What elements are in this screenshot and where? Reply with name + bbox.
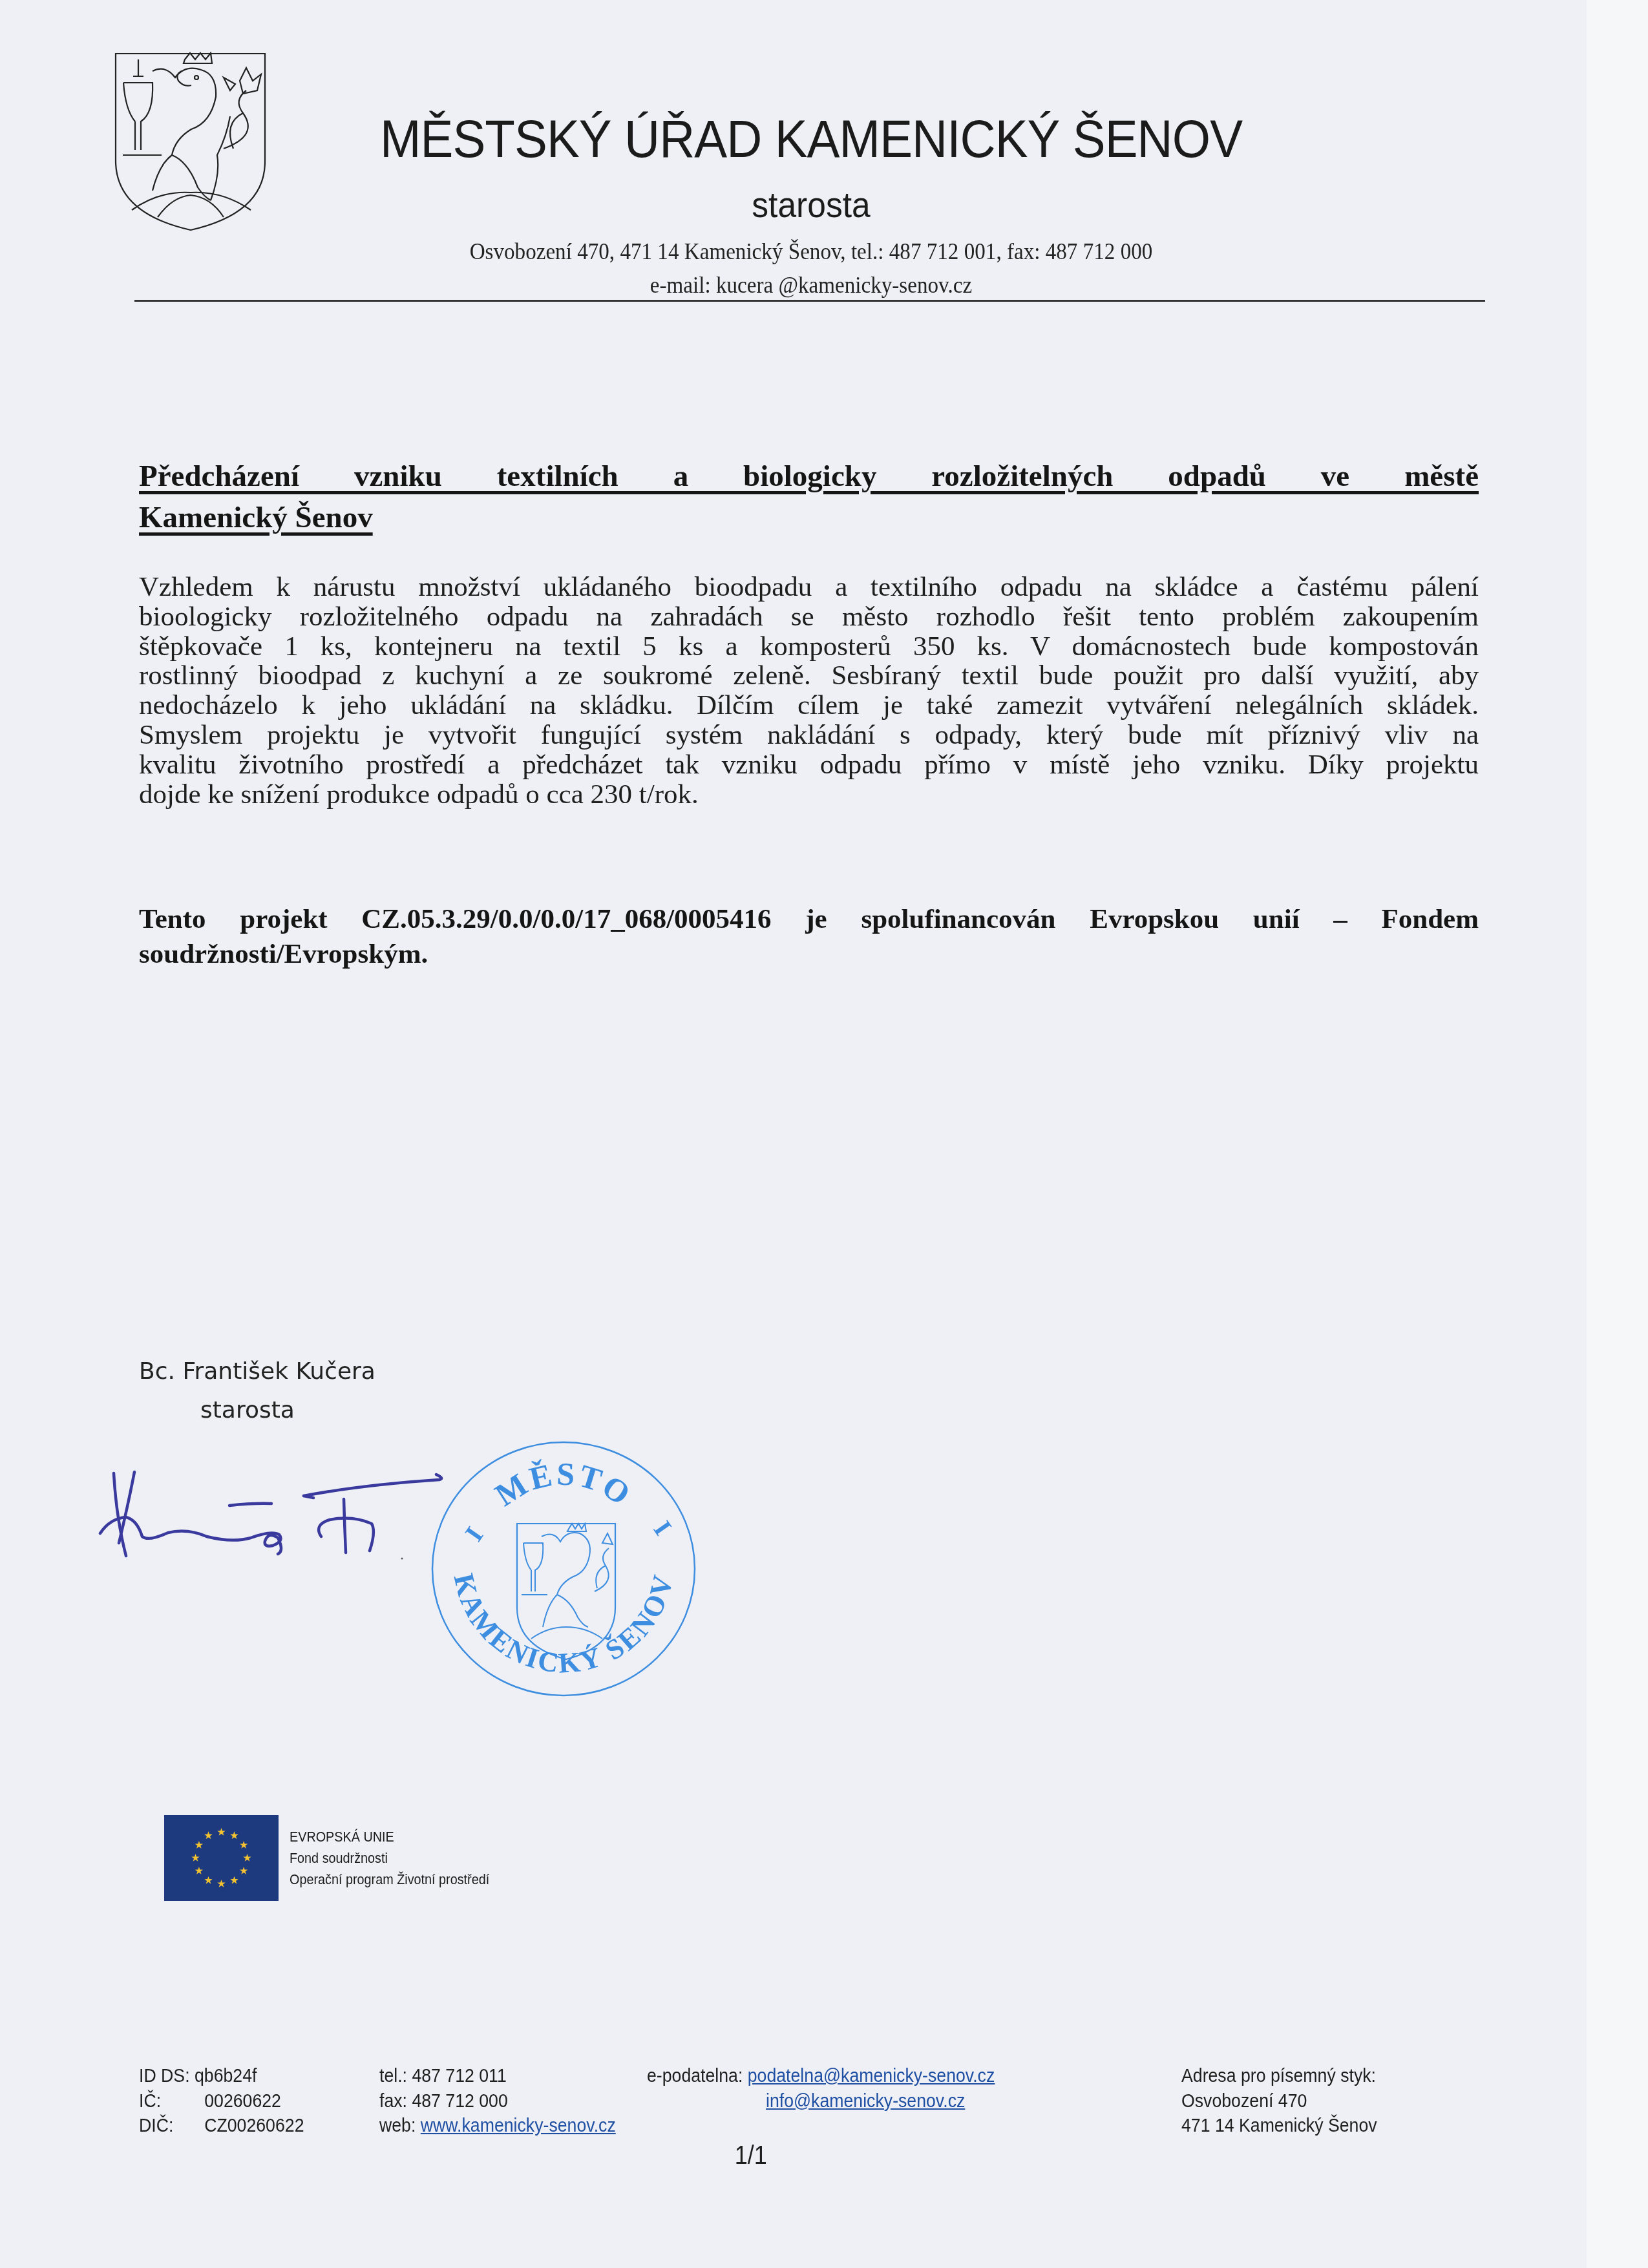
postal-street: Osvobození 470 <box>1181 2089 1377 2114</box>
document-heading: Předcházení vzniku textilních a biologic… <box>139 456 1479 538</box>
stamp-top-text: MĚSTO <box>489 1456 639 1514</box>
official-stamp: MĚSTO KAMENICKÝ ŠENOV I I <box>428 1433 699 1705</box>
footer-emails: e-podatelna: podatelna@kamenicky-senov.c… <box>647 2064 995 2114</box>
footer-contacts: tel.: 487 712 011 fax: 487 712 000 web: … <box>379 2064 616 2139</box>
footer-postal-address: Adresa pro písemný styk: Osvobození 470 … <box>1181 2064 1377 2139</box>
svg-text:MĚSTO: MĚSTO <box>489 1456 639 1514</box>
ic-label: IČ: <box>139 2089 204 2114</box>
office-title: MĚSTSKÝ ÚŘAD KAMENICKÝ ŠENOV <box>357 107 1265 172</box>
eu-logo-text: EVROPSKÁ UNIE Fond soudržnosti Operační … <box>290 1826 489 1890</box>
funding-line-1: Tento projekt CZ.05.3.29/0.0/0.0/17_068/… <box>139 902 1479 937</box>
postal-city: 471 14 Kamenický Šenov <box>1181 2114 1377 2139</box>
eu-line-3: Operační program Životní prostředí <box>290 1869 489 1890</box>
body-line: kvalitu životního prostředí a předcházet… <box>139 750 1479 780</box>
postal-label: Adresa pro písemný styk: <box>1181 2064 1377 2089</box>
body-line: Vzhledem k nárustu množství ukládaného b… <box>139 572 1479 602</box>
ic-value: 00260622 <box>204 2091 281 2112</box>
page-number: 1/1 <box>735 2140 767 2171</box>
handwritten-signature <box>90 1460 452 1590</box>
body-line: bioologicky rozložitelného odpadu na zah… <box>139 602 1479 632</box>
office-address: Osvobození 470, 471 14 Kamenický Šenov, … <box>243 236 1379 266</box>
office-subtitle: starosta <box>362 182 1260 227</box>
header-divider <box>134 300 1485 302</box>
heading-line-2: Kamenický Šenov <box>139 497 1479 538</box>
svg-text:KAMENICKÝ ŠENOV: KAMENICKÝ ŠENOV <box>448 1570 680 1679</box>
epodatelna-label: e-podatelna: <box>647 2066 743 2086</box>
info-email-link[interactable]: info@kamenicky-senov.cz <box>766 2091 965 2112</box>
coat-of-arms-lion-icon <box>114 52 268 231</box>
web-label: web: <box>379 2116 416 2136</box>
signatory-role: starosta <box>200 1394 295 1427</box>
body-line: štěpkovače 1 ks, kontejneru na textil 5 … <box>139 632 1479 662</box>
id-ds-value: qb6b24f <box>195 2066 257 2086</box>
id-ds-label: ID DS: <box>139 2066 190 2086</box>
body-paragraph: Vzhledem k nárustu množství ukládaného b… <box>139 572 1479 809</box>
eu-line-1: EVROPSKÁ UNIE <box>290 1826 489 1847</box>
heading-line-1: Předcházení vzniku textilních a biologic… <box>139 456 1479 497</box>
stamp-bottom-text: KAMENICKÝ ŠENOV <box>448 1570 680 1679</box>
dic-label: DIČ: <box>139 2114 204 2139</box>
stamp-left-mark: I <box>460 1522 489 1547</box>
body-line: dojde ke snížení produkce odpadů o cca 2… <box>139 780 1479 810</box>
office-email: e-mail: kucera @kamenicky-senov.cz <box>243 270 1379 300</box>
dic-value: CZ00260622 <box>204 2116 304 2136</box>
body-line: nedocházelo k jeho ukládání na skládku. … <box>139 691 1479 720</box>
website-link[interactable]: www.kamenicky-senov.cz <box>421 2116 616 2136</box>
footer-identifiers: ID DS: qb6b24f IČ:00260622 DIČ:CZ0026062… <box>139 2064 304 2139</box>
epodatelna-email-link[interactable]: podatelna@kamenicky-senov.cz <box>748 2066 995 2086</box>
eu-line-2: Fond soudržnosti <box>290 1847 489 1869</box>
body-line: rostlinný bioodpad z kuchyní a ze soukro… <box>139 661 1479 691</box>
stamp-right-mark: I <box>648 1515 678 1540</box>
funding-line-2: soudržnosti/Evropským. <box>139 937 1479 972</box>
body-line: Smyslem projektu je vytvořit fungující s… <box>139 720 1479 750</box>
eu-flag-icon <box>164 1815 279 1901</box>
funding-statement: Tento projekt CZ.05.3.29/0.0/0.0/17_068/… <box>139 902 1479 972</box>
signatory-name: Bc. František Kučera <box>139 1356 375 1388</box>
footer-tel: tel.: 487 712 011 <box>379 2064 616 2089</box>
paper-margin <box>1587 0 1648 2268</box>
footer-fax: fax: 487 712 000 <box>379 2089 616 2114</box>
